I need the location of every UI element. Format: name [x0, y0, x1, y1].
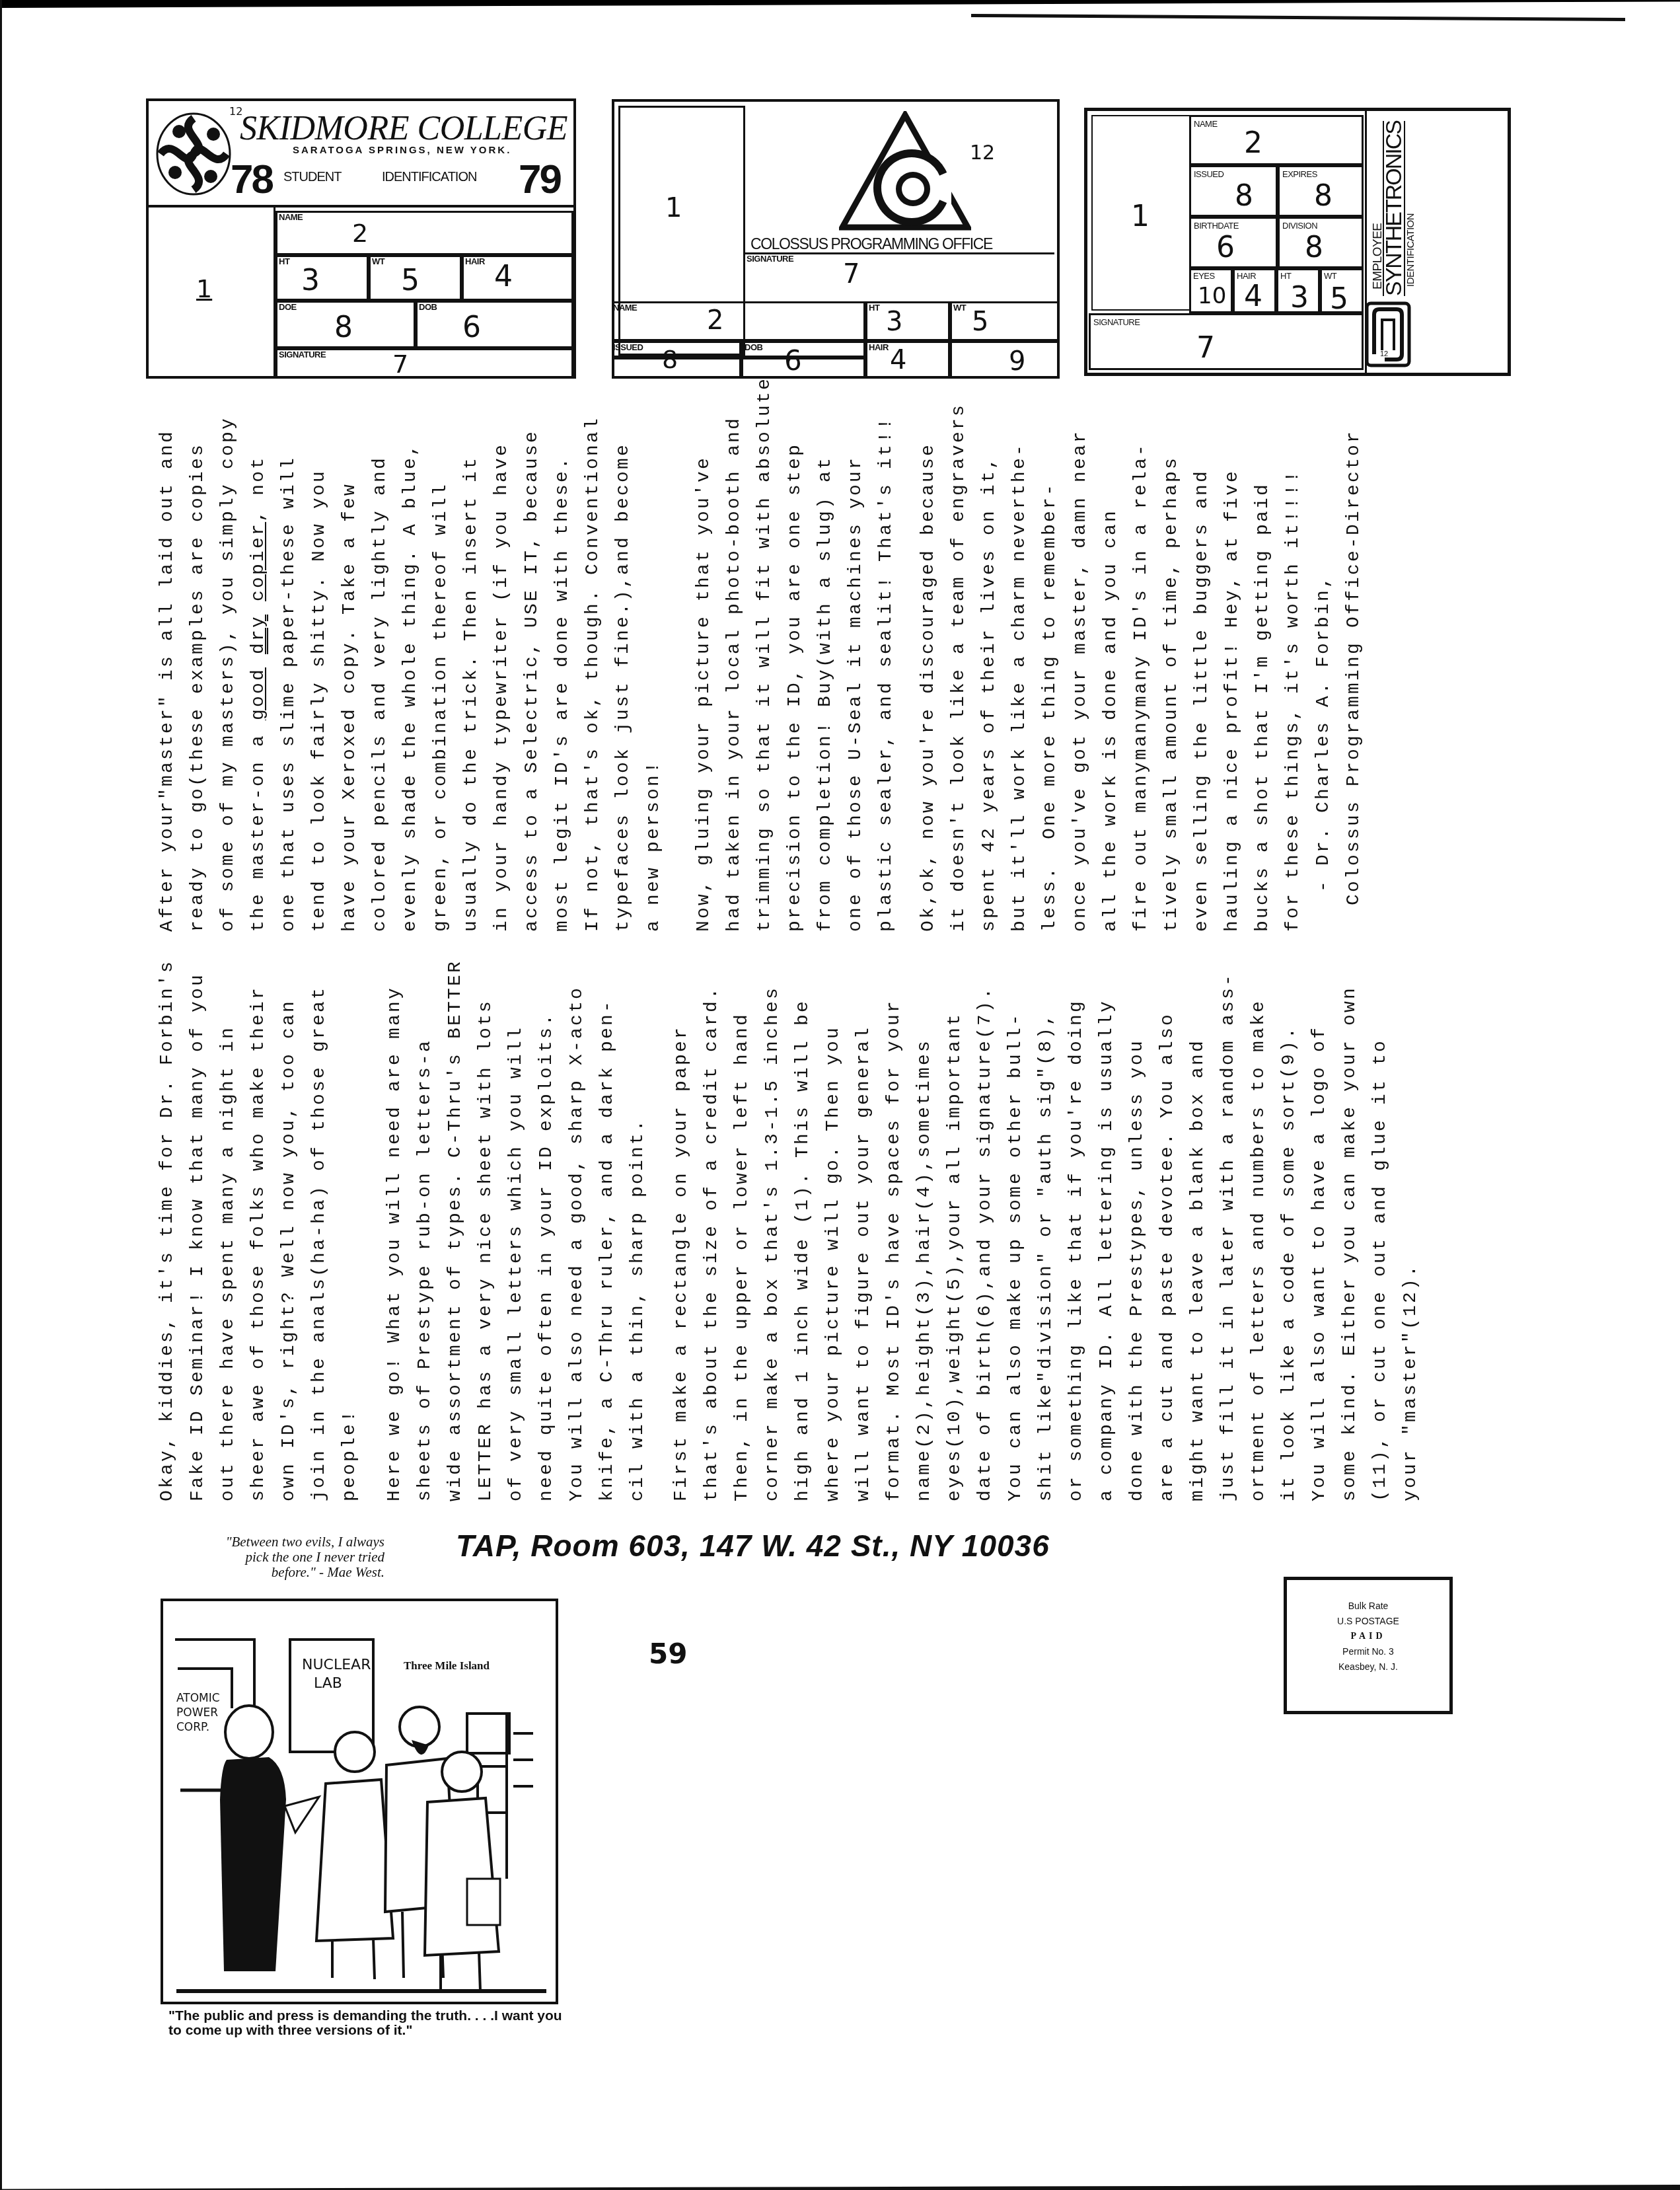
location-label: Three Mile Island	[404, 1659, 490, 1673]
text-line: plastic sealer, and sealit! That's it!!	[876, 416, 897, 932]
text-line: You will also want to have a logo of	[1309, 1026, 1331, 1501]
text-line: (11), or cut one out and glue it to	[1370, 1039, 1391, 1501]
text-line: wide assortment of types. C-Thru's BETTE…	[445, 960, 466, 1501]
text-line: might want to leave a blank box and	[1188, 1039, 1209, 1501]
identification-label: IDENTIFICATION	[382, 170, 476, 185]
text-line: colored pencils and very lightly and	[370, 456, 391, 932]
text-line: from completion! Buy(with a slug) at	[815, 456, 836, 932]
photo-box: 1	[1091, 115, 1190, 311]
signature-field: SIGNATURE 7	[275, 348, 573, 376]
text-line: in your handy typewriter (if you have	[492, 443, 513, 932]
text-line: people!	[340, 1409, 361, 1501]
text-line: of very small letters which you will	[506, 1026, 527, 1501]
text-line: join in the anals(ha-ha) of those great	[309, 986, 330, 1501]
text-line: had taken in your local photo-booth and	[724, 416, 745, 932]
text-line: all the work is done and you can	[1101, 509, 1122, 932]
text-line: cil with a thin, sharp point.	[628, 1118, 649, 1501]
text-line: but it'll work like a charm neverthe-	[1009, 443, 1031, 932]
text-line: high and 1 inch wide (1). This will be	[793, 999, 814, 1501]
scan-edge-bottom	[0, 2185, 1680, 2190]
brand-strip: EMPLOYEE SYNTHETRONICS IDENTIFICATION 12	[1365, 111, 1510, 373]
text-line: corner make a box that's 1.3-1.5 inches	[762, 986, 784, 1501]
birthdate-field: BIRTHDATE 6	[1189, 217, 1278, 268]
text-line: once you've got your master, damn near	[1070, 430, 1091, 932]
text-line: have your Xeroxed copy. Take a few	[340, 482, 361, 932]
text-line: even selling the little buggers and	[1192, 469, 1213, 932]
sign-lab: LAB	[314, 1675, 342, 1692]
text-line: where your picture will go. Then you	[823, 1026, 844, 1501]
photo-marker: 1	[196, 276, 212, 301]
text-line: some kind. Either you can make your own	[1340, 986, 1361, 1501]
text-line: After your"master" is all laid out and	[157, 430, 178, 932]
text-line: fire out manymanymany ID's in a rela-	[1131, 443, 1152, 932]
text-line: green, or combination thereof will	[431, 482, 452, 932]
text-line: own ID's, right? Well now you, too can	[279, 999, 300, 1501]
name-field: NAME 2	[275, 211, 573, 255]
annotation-marker: 12	[970, 141, 995, 165]
weight-field: WT 5	[369, 255, 462, 301]
text-line: sheets of Prestype rub-on letters-a	[415, 1039, 436, 1501]
text-line: one of those U-Seal it machines your	[846, 456, 867, 932]
article-lower: Okay, kiddies, it's time for Dr. Forbin'…	[152, 920, 1467, 1501]
mae-west-quote: "Between two evils, I always pick the on…	[200, 1534, 384, 1580]
text-line: it doesn't look like a team of engravers	[949, 403, 970, 932]
text-line: ready to go(these examples are copies	[188, 443, 209, 932]
college-title: SKIDMORE COLLEGE	[240, 109, 567, 148]
doe-field: DOE 8	[275, 301, 416, 348]
hair-field: HAIR 4	[1233, 268, 1276, 313]
text-line: Here we go! What you will need are many	[384, 986, 406, 1501]
dob-field: DOB 6	[741, 341, 865, 379]
text-line: a new person!	[643, 760, 665, 932]
text-line: format. Most ID's have spaces for your	[884, 999, 905, 1501]
text-line: First make a rectangle on your paper	[671, 1026, 692, 1501]
name-field: NAME 2	[612, 301, 865, 341]
text-line: done with the Prestypes, unless you	[1127, 1039, 1148, 1501]
scan-edge-top	[0, 0, 1680, 8]
text-line: Then, in the upper or lower left hand	[732, 1012, 753, 1501]
text-line: it look like a code of some sort(9).	[1279, 1026, 1300, 1501]
text-line: typefaces look just fine.),and become	[613, 443, 634, 932]
text-line: most legit ID's are done with these.	[552, 456, 573, 932]
dob-field: DOB 6	[416, 301, 573, 348]
text-line: bucks a shot that I'm getting paid	[1253, 482, 1274, 932]
text-line: Ok,ok, now you're discouraged because	[918, 443, 939, 932]
text-line: You will also need a good, sharp X-acto	[567, 986, 588, 1501]
text-line: need quite often in your ID exploits.	[536, 1012, 558, 1501]
text-line: hauling a nice profit! Hey, at five	[1222, 469, 1243, 932]
text-line: sheer awe of those folks who make their	[248, 986, 270, 1501]
text-line: just fill it in later with a random ass-	[1218, 973, 1239, 1501]
text-line: eyes(10),weight(5),your all important	[945, 1012, 966, 1501]
height-field: HT 3	[865, 301, 950, 341]
text-line: your "master"(12).	[1401, 1264, 1422, 1501]
text-line: the master-on a good dry copier, not	[248, 456, 270, 932]
height-field: HT 3	[275, 255, 369, 301]
text-line: ortment of letters and numbers to make	[1249, 999, 1270, 1501]
weight-field: WT 5	[1320, 268, 1364, 313]
text-line: a company ID. All lettering is usually	[1097, 999, 1118, 1501]
student-label: STUDENT	[283, 170, 341, 185]
brand-rotated: EMPLOYEE SYNTHETRONICS IDENTIFICATION	[1368, 111, 1414, 296]
weight-field: WT 5	[950, 301, 1057, 341]
text-line: trimming so that it will fit with absolu…	[754, 377, 776, 932]
college-location: SARATOGA SPRINGS, NEW YORK.	[293, 145, 511, 156]
skidmore-seal-icon	[155, 112, 232, 196]
text-line: for these things, it's worth it!!!!	[1283, 469, 1304, 932]
postage-indicia: Bulk Rate U.S POSTAGE PAID Permit No. 3 …	[1284, 1577, 1453, 1714]
signature-field: SIGNATURE 7	[1089, 313, 1364, 370]
sign-atomic-power: ATOMIC POWER CORP.	[176, 1691, 223, 1735]
text-line: date of birth(6),and your signature(7).	[975, 986, 996, 1501]
text-line: Okay, kiddies, it's time for Dr. Forbin'…	[157, 960, 178, 1501]
text-line: spent 42 years of their lives on it,	[979, 456, 1000, 932]
photo-marker: 1	[665, 195, 682, 221]
publisher-address: TAP, Room 603, 147 W. 42 St., NY 10036	[456, 1528, 1050, 1564]
text-line: You can also make up some other bull-	[1005, 1012, 1027, 1501]
expires-field: EXPIRES 8	[1278, 165, 1364, 217]
code-field: 9	[950, 341, 1057, 379]
text-line: less. One more thing to remember-	[1040, 482, 1061, 932]
eyes-field: EYES 10	[1189, 268, 1233, 313]
photo-box: 1	[149, 208, 275, 376]
text-line: access to a Selectric, USE IT, because	[522, 430, 543, 932]
colossus-logo-icon	[839, 111, 971, 237]
text-line: Fake ID Seminar! I know that many of you	[188, 973, 209, 1501]
issued-field: ISSUED 8	[612, 341, 741, 379]
text-line: name(2),height(3),hair(4),sometimes	[914, 1039, 935, 1501]
year-end: 79	[519, 159, 560, 200]
brand-name: SYNTHETRONICS	[1383, 121, 1405, 296]
text-line: precision to the ID, you are one step	[785, 443, 806, 932]
scan-edge-left	[0, 0, 2, 2190]
text-line: Now, gluing your picture that you've	[694, 456, 715, 932]
text-line: usually do the trick. Then insert it	[461, 456, 482, 932]
cartoon-caption: "The public and press is demanding the t…	[168, 2009, 565, 2038]
text-line: If not, that's ok, though. Conventional	[583, 416, 604, 932]
text-line: tively small amount of time, perhaps	[1161, 456, 1183, 932]
text-line: knife, a C-Thru ruler, and a dark pen-	[597, 999, 618, 1501]
synthetronics-id-card: 1 NAME 2 ISSUED 8 EXPIRES 8 BIRTHDATE 6 …	[1084, 108, 1511, 376]
text-line: evenly shade the whole thing. A blue,	[400, 443, 421, 932]
text-line: will want to figure out your general	[854, 1026, 875, 1501]
scan-rule	[971, 14, 1625, 21]
hair-field: HAIR 4	[865, 341, 950, 379]
skidmore-header: 12 SKIDMORE COLLEGE SARATOGA SPRINGS, NE…	[149, 101, 573, 208]
three-mile-island-cartoon: ATOMIC POWER CORP. NUCLEAR LAB Three Mil…	[161, 1599, 558, 2004]
author-title-line: Colossus Programming Office-Director	[1344, 430, 1365, 932]
identification-label: IDENTIFICATION	[1405, 213, 1416, 287]
hair-field: HAIR 4	[462, 255, 573, 301]
text-line: or something like that if you're doing	[1066, 999, 1087, 1501]
page-number: 59	[649, 1638, 687, 1670]
author-line: - Dr. Charles A. Forbin,	[1313, 575, 1334, 932]
text-line: are a cut and paste devotee. You also	[1157, 1012, 1179, 1501]
height-field: HT 3	[1276, 268, 1320, 313]
article-upper: After your"master" is all laid out and r…	[152, 390, 1467, 932]
issued-field: ISSUED 8	[1189, 165, 1278, 217]
text-line: one that uses slime paper-these will	[279, 456, 300, 932]
text-line: tend to look fairly shitty. Now you	[309, 469, 330, 932]
text-line: of some of my masters), you simply copy	[218, 416, 239, 932]
brand-text-block: EMPLOYEE SYNTHETRONICS IDENTIFICATION	[1367, 111, 1510, 303]
division-field: DIVISION 8	[1278, 217, 1364, 268]
office-name: COLOSSUS PROGRAMMING OFFICE	[750, 235, 992, 253]
skidmore-id-card: 12 SKIDMORE COLLEGE SARATOGA SPRINGS, NE…	[146, 98, 576, 379]
colossus-id-card: 1 12 COLOSSUS PROGRAMMING OFFICE SIGNATU…	[612, 99, 1060, 379]
text-line: shit like"division" or "auth sig"(8),	[1036, 1012, 1057, 1501]
text-line: LETTER has a very nice sheet with lots	[476, 999, 497, 1501]
text-line: out there have spent many a night in	[218, 1026, 239, 1501]
photo-marker: 1	[1131, 202, 1150, 231]
year-start: 78	[231, 159, 272, 200]
annotation-marker: 12	[1380, 350, 1388, 358]
text-line: that's about the size of a credit card.	[702, 986, 723, 1501]
sign-nuclear: NUCLEAR	[302, 1657, 371, 1673]
name-field: NAME 2	[1189, 115, 1364, 165]
